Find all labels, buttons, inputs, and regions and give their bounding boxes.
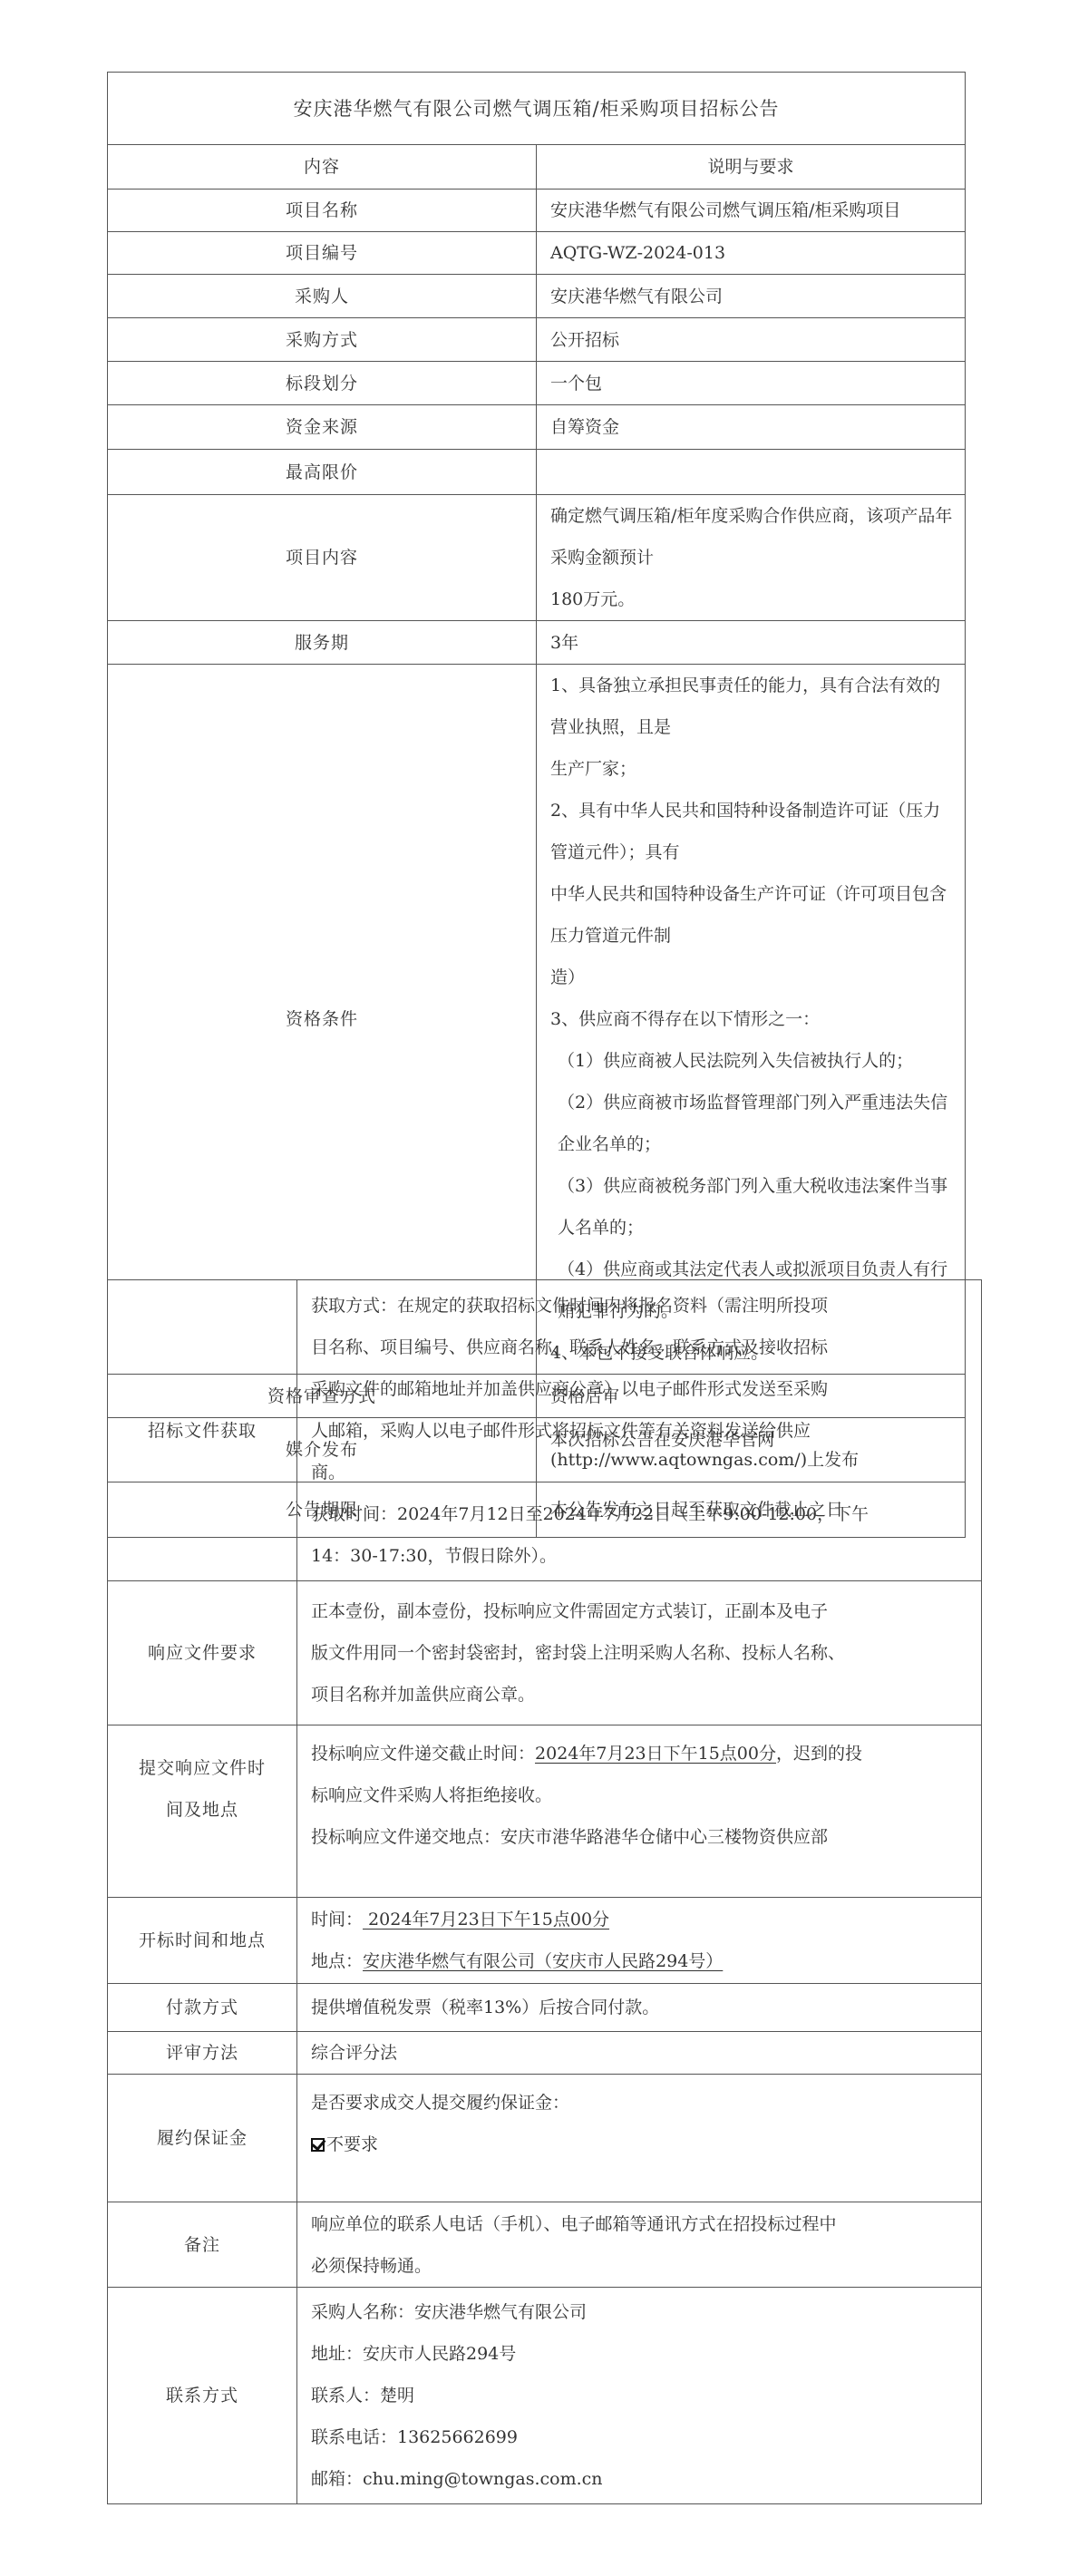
header-description: 说明与要求 (537, 145, 966, 190)
header-content: 内容 (108, 145, 537, 190)
response-line: 正本壹份，副本壹份，投标响应文件需固定方式装订，正副本及电子 (311, 1590, 956, 1632)
label-service-period: 服务期 (108, 621, 537, 665)
label-remarks: 备注 (108, 2202, 297, 2288)
value-submission: 投标响应文件递交截止时间：2024年7月23日下午15点00分，迟到的投 标响应… (297, 1725, 982, 1898)
remarks-line: 响应单位的联系人电话（手机）、电子邮箱等通讯方式在招投标过程中 (311, 2203, 972, 2245)
opening-time-value: 2024年7月23日下午15点00分 (363, 1910, 609, 1930)
contact-email[interactable]: 邮箱：chu.ming@towngas.com.cn (311, 2458, 972, 2500)
row-content: 项目内容 确定燃气调压箱/柜年度采购合作供应商，该项产品年采购金额预计 180万… (108, 495, 966, 621)
submission-label-line: 提交响应文件时 (108, 1747, 296, 1789)
label-content: 项目内容 (108, 495, 537, 621)
announcement-table-procedures: 招标文件获取 获取方式：在规定的获取招标文件时间内将报名资料（需注明所投项 目名… (107, 1279, 982, 2504)
qualification-line: 1、具备独立承担民事责任的能力，具有合法有效的营业执照，且是 (550, 665, 956, 748)
label-response-requirements: 响应文件要求 (108, 1581, 297, 1725)
value-evaluation: 综合评分法 (297, 2032, 982, 2075)
value-opening: 时间： 2024年7月23日下午15点00分 地点：安庆港华燃气有限公司（安庆市… (297, 1898, 982, 1984)
row-contact: 联系方式 采购人名称：安庆港华燃气有限公司 地址：安庆市人民路294号 联系人：… (108, 2288, 982, 2504)
bond-question: 是否要求成交人提交履约保证金： (311, 2082, 972, 2124)
value-funding: 自筹资金 (537, 405, 966, 450)
value-obtain: 获取方式：在规定的获取招标文件时间内将报名资料（需注明所投项 目名称、项目编号、… (297, 1280, 982, 1581)
value-content: 确定燃气调压箱/柜年度采购合作供应商，该项产品年采购金额预计 180万元。 (537, 495, 966, 621)
value-purchaser: 安庆港华燃气有限公司 (537, 275, 966, 318)
submission-deadline-line2: 标响应文件采购人将拒绝接收。 (311, 1774, 972, 1816)
checkbox-checked-icon[interactable] (311, 2138, 325, 2152)
row-response-requirements: 响应文件要求 正本壹份，副本壹份，投标响应文件需固定方式装订，正副本及电子 版文… (108, 1581, 982, 1725)
value-lots: 一个包 (537, 362, 966, 405)
obtain-line: 目名称、项目编号、供应商名称、联系人姓名、联系方式及接收招标 (311, 1327, 956, 1368)
label-opening: 开标时间和地点 (108, 1898, 297, 1984)
row-funding: 资金来源 自筹资金 (108, 405, 966, 450)
opening-place-prefix: 地点： (311, 1951, 363, 1971)
content-line: 180万元。 (550, 578, 956, 620)
qualification-line: 造） (550, 957, 956, 998)
contact-phone[interactable]: 联系电话：13625662699 (311, 2416, 972, 2458)
row-project-no: 项目编号 AQTG-WZ-2024-013 (108, 232, 966, 275)
row-max-price: 最高限价 (108, 450, 966, 495)
label-project-no: 项目编号 (108, 232, 537, 275)
row-purchaser: 采购人 安庆港华燃气有限公司 (108, 275, 966, 318)
title-row: 安庆港华燃气有限公司燃气调压箱/柜采购项目招标公告 (108, 73, 966, 145)
obtain-line: 人邮箱，采购人以电子邮件形式将招标文件等有关资料发送给供应 (311, 1410, 956, 1452)
response-line: 项目名称并加盖供应商公章。 (311, 1674, 956, 1716)
value-method: 公开招标 (537, 318, 966, 362)
label-max-price: 最高限价 (108, 450, 537, 495)
opening-time: 时间： 2024年7月23日下午15点00分 (311, 1899, 972, 1940)
contact-address: 地址：安庆市人民路294号 (311, 2333, 972, 2375)
qualification-line: 生产厂家； (550, 748, 956, 790)
row-submission: 提交响应文件时 间及地点 投标响应文件递交截止时间：2024年7月23日下午15… (108, 1725, 982, 1898)
qualification-line: 2、具有中华人民共和国特种设备制造许可证（压力管道元件）；具有 (550, 790, 956, 873)
row-payment: 付款方式 提供增值税发票（税率13%）后按合同付款。 (108, 1984, 982, 2032)
obtain-line: 商。 (311, 1452, 956, 1493)
row-lots: 标段划分 一个包 (108, 362, 966, 405)
value-service-period: 3年 (537, 621, 966, 665)
label-bond: 履约保证金 (108, 2075, 297, 2202)
obtain-line: 获取时间：2024年7月12日至2024年7月22日（上午9:00-12:00，… (311, 1493, 956, 1535)
label-funding: 资金来源 (108, 405, 537, 450)
row-qualification: 资格条件 1、具备独立承担民事责任的能力，具有合法有效的营业执照，且是 生产厂家… (108, 665, 966, 1375)
value-contact: 采购人名称：安庆港华燃气有限公司 地址：安庆市人民路294号 联系人：楚明 联系… (297, 2288, 982, 2504)
obtain-line: 14：30-17:30，节假日除外）。 (311, 1535, 956, 1577)
deadline-suffix: ，迟到的投 (776, 1744, 862, 1764)
row-evaluation: 评审方法 综合评分法 (108, 2032, 982, 2075)
opening-place-value: 安庆港华燃气有限公司（安庆市人民路294号） (363, 1951, 723, 1971)
label-qualification: 资格条件 (108, 665, 537, 1375)
qualification-subitem: （1）供应商被人民法院列入失信被执行人的； (550, 1040, 956, 1082)
value-project-name: 安庆港华燃气有限公司燃气调压箱/柜采购项目 (537, 190, 966, 232)
value-response-requirements: 正本壹份，副本壹份，投标响应文件需固定方式装订，正副本及电子 版文件用同一个密封… (297, 1581, 982, 1725)
label-contact: 联系方式 (108, 2288, 297, 2504)
contact-person: 联系人：楚明 (311, 2375, 972, 2416)
value-qualification: 1、具备独立承担民事责任的能力，具有合法有效的营业执照，且是 生产厂家； 2、具… (537, 665, 966, 1375)
label-project-name: 项目名称 (108, 190, 537, 232)
submission-location: 投标响应文件递交地点：安庆市港华路港华仓储中心三楼物资供应部 (311, 1816, 972, 1858)
label-evaluation: 评审方法 (108, 2032, 297, 2075)
opening-place: 地点：安庆港华燃气有限公司（安庆市人民路294号） (311, 1940, 972, 1982)
content-line: 确定燃气调压箱/柜年度采购合作供应商，该项产品年采购金额预计 (550, 495, 956, 578)
contact-purchaser: 采购人名称：安庆港华燃气有限公司 (311, 2291, 972, 2333)
bond-option-label: 不要求 (326, 2134, 378, 2154)
label-lots: 标段划分 (108, 362, 537, 405)
value-payment: 提供增值税发票（税率13%）后按合同付款。 (297, 1984, 982, 2032)
value-remarks: 响应单位的联系人电话（手机）、电子邮箱等通讯方式在招投标过程中 必须保持畅通。 (297, 2202, 982, 2288)
header-row: 内容 说明与要求 (108, 145, 966, 190)
deadline-value: 2024年7月23日下午15点00分 (535, 1744, 776, 1764)
bond-option[interactable]: 不要求 (311, 2124, 972, 2165)
label-obtain: 招标文件获取 (108, 1280, 297, 1581)
value-project-no: AQTG-WZ-2024-013 (537, 232, 966, 275)
submission-label-line: 间及地点 (108, 1789, 296, 1831)
label-purchaser: 采购人 (108, 275, 537, 318)
submission-deadline: 投标响应文件递交截止时间：2024年7月23日下午15点00分，迟到的投 (311, 1733, 972, 1774)
qualification-subitem: （3）供应商被税务部门列入重大税收违法案件当事人名单的； (550, 1165, 956, 1249)
label-method: 采购方式 (108, 318, 537, 362)
opening-time-prefix: 时间： (311, 1910, 363, 1930)
qualification-subitem: （2）供应商被市场监督管理部门列入严重违法失信企业名单的； (550, 1082, 956, 1165)
qualification-line: 中华人民共和国特种设备生产许可证（许可项目包含压力管道元件制 (550, 873, 956, 957)
value-bond: 是否要求成交人提交履约保证金： 不要求 (297, 2075, 982, 2202)
qualification-line: 3、供应商不得存在以下情形之一： (550, 998, 956, 1040)
row-remarks: 备注 响应单位的联系人电话（手机）、电子邮箱等通讯方式在招投标过程中 必须保持畅… (108, 2202, 982, 2288)
deadline-prefix: 投标响应文件递交截止时间： (311, 1744, 535, 1764)
remarks-line: 必须保持畅通。 (311, 2245, 972, 2287)
row-opening: 开标时间和地点 时间： 2024年7月23日下午15点00分 地点：安庆港华燃气… (108, 1898, 982, 1984)
row-project-name: 项目名称 安庆港华燃气有限公司燃气调压箱/柜采购项目 (108, 190, 966, 232)
label-payment: 付款方式 (108, 1984, 297, 2032)
document-title: 安庆港华燃气有限公司燃气调压箱/柜采购项目招标公告 (108, 73, 966, 145)
row-method: 采购方式 公开招标 (108, 318, 966, 362)
row-bond: 履约保证金 是否要求成交人提交履约保证金： 不要求 (108, 2075, 982, 2202)
obtain-line: 获取方式：在规定的获取招标文件时间内将报名资料（需注明所投项 (311, 1285, 956, 1327)
row-obtain: 招标文件获取 获取方式：在规定的获取招标文件时间内将报名资料（需注明所投项 目名… (108, 1280, 982, 1581)
value-max-price (537, 450, 966, 495)
obtain-line: 采购文件的邮箱地址并加盖供应商公章）以电子邮件形式发送至采购 (311, 1368, 956, 1410)
label-submission: 提交响应文件时 间及地点 (108, 1725, 297, 1898)
row-service-period: 服务期 3年 (108, 621, 966, 665)
response-line: 版文件用同一个密封袋密封，密封袋上注明采购人名称、投标人名称、 (311, 1632, 956, 1674)
